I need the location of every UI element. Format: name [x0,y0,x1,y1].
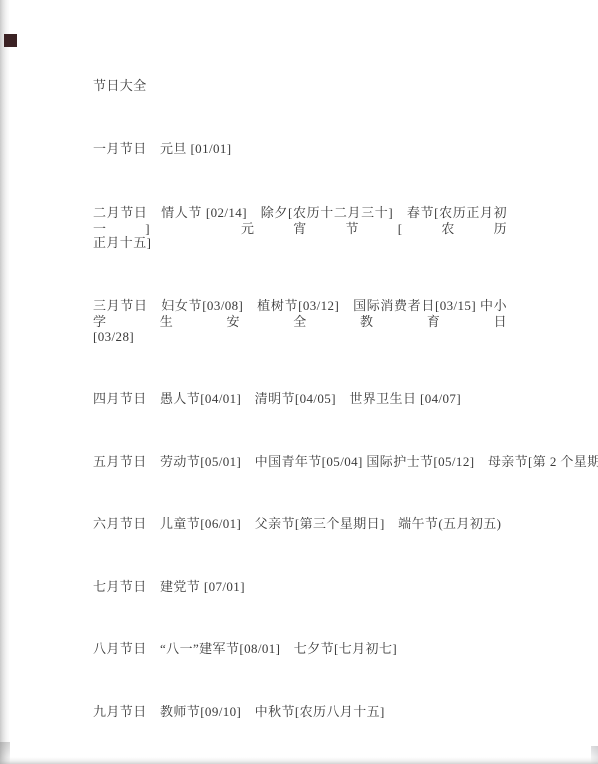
holiday-line-february-continued: 正月十五] [93,235,507,251]
page-bottom-left-corner-shadow [0,742,10,764]
holiday-line-july: 七月节日 建党节 [07/01] [93,579,507,595]
page-left-edge-shadow [0,0,10,764]
holiday-line-april: 四月节日 愚人节[04/01] 清明节[04/05] 世界卫生日 [04/07] [93,391,507,407]
holiday-line-september: 九月节日 教师节[09/10] 中秋节[农历八月十五] [93,704,507,720]
holiday-line-march-continued: [03/28] [93,329,507,345]
holiday-line-february: 二月节日 情人节 [02/14] 除夕[农历十二月三十] 春节[农历正月初一] … [93,205,507,237]
holiday-line-january: 一月节日 元旦 [01/01] [93,141,507,157]
holiday-line-june: 六月节日 儿童节[06/01] 父亲节[第三个星期日] 端午节(五月初五) [93,516,507,532]
top-left-corner-mark [4,34,17,47]
document-title: 节日大全 [93,78,507,94]
holiday-line-august: 八月节日 “八一”建军节[08/01] 七夕节[七月初七] [93,641,507,657]
page-bottom-edge-shadow [0,757,598,764]
holiday-line-march: 三月节日 妇女节[03/08] 植树节[03/12] 国际消费者日[03/15]… [93,298,507,330]
page-bottom-right-corner-shadow [591,746,598,764]
holiday-line-may: 五月节日 劳动节[05/01] 中国青年节[05/04] 国际护士节[05/12… [93,454,507,470]
document-page: 节日大全 一月节日 元旦 [01/01] 二月节日 情人节 [02/14] 除夕… [0,0,598,764]
